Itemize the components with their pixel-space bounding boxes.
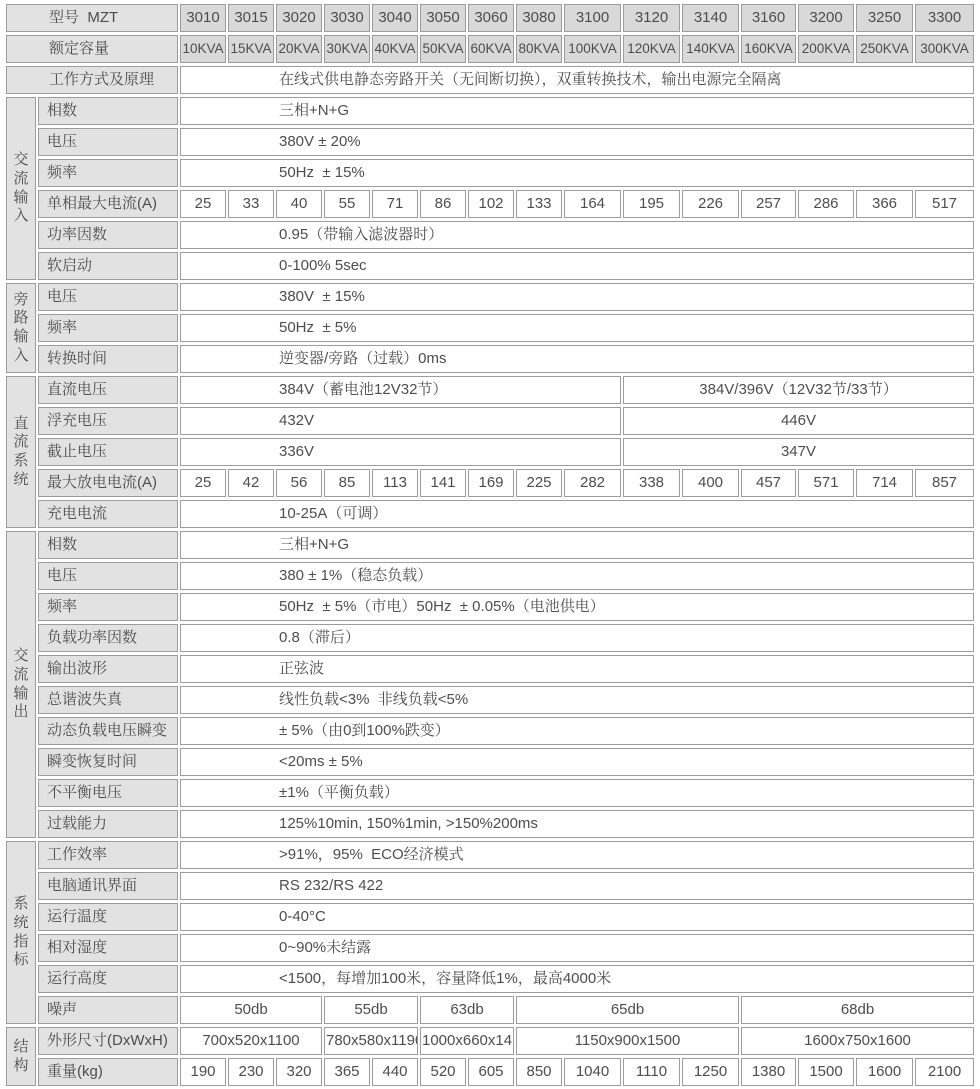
noise-cell: 63db — [420, 996, 514, 1024]
ac-output-phase-row: 交流输出 相数 三相+N+G — [6, 531, 974, 559]
row-label: 负载功率因数 — [38, 624, 178, 652]
row-label: 频率 — [38, 314, 178, 342]
value-cell: 线性负载<3% 非线负载<5% — [180, 686, 974, 714]
capacity-cell: 30KVA — [324, 35, 370, 63]
row-label: 相对湿度 — [38, 934, 178, 962]
value-cell: 42 — [228, 469, 274, 497]
dimension-cell: 700x520x1100 — [180, 1027, 322, 1055]
value-cell: 125%10min, 150%1min, >150%200ms — [180, 810, 974, 838]
ac-output-unbalance-row: 不平衡电压 ±1%（平衡负载） — [6, 779, 974, 807]
row-label: 充电电流 — [38, 500, 178, 528]
row-label: 动态负载电压瞬变 — [38, 717, 178, 745]
weight-cell: 190 — [180, 1058, 226, 1086]
ac-input-soft-start-row: 软启动 0-100% 5sec — [6, 252, 974, 280]
row-label: 频率 — [38, 593, 178, 621]
dc-voltage-row: 直流系统 直流电压 384V（蓄电池12V32节） 384V/396V（12V3… — [6, 376, 974, 404]
structure-weight-row: 重量(kg) 190 230 320 365 440 520 605 850 1… — [6, 1058, 974, 1086]
value-cell-left: 384V（蓄电池12V32节） — [180, 376, 621, 404]
row-label: 外形尺寸(DxWxH) — [38, 1027, 178, 1055]
value-cell: 133 — [516, 190, 562, 218]
model-cell: 3160 — [741, 4, 796, 32]
weight-cell: 2100 — [915, 1058, 974, 1086]
value-cell: 282 — [564, 469, 621, 497]
value-cell: 10-25A（可调） — [180, 500, 974, 528]
value-cell: 50Hz ± 5% — [180, 314, 974, 342]
row-label: 总谐波失真 — [38, 686, 178, 714]
dc-max-discharge-row: 最大放电电流(A) 25 42 56 85 113 141 169 225 28… — [6, 469, 974, 497]
weight-cell: 1250 — [682, 1058, 739, 1086]
noise-cell: 68db — [741, 996, 974, 1024]
dc-cutoff-voltage-row: 截止电压 336V 347V — [6, 438, 974, 466]
value-cell: 0.8（滞后） — [180, 624, 974, 652]
bypass-frequency-row: 频率 50Hz ± 5% — [6, 314, 974, 342]
weight-cell: 1380 — [741, 1058, 796, 1086]
spec-sheet: 型号 MZT 3010 3015 3020 3030 3040 3050 306… — [0, 0, 980, 1089]
ac-input-phase-row: 交流输入 相数 三相+N+G — [6, 97, 974, 125]
row-label: 电压 — [38, 562, 178, 590]
row-label: 直流电压 — [38, 376, 178, 404]
value-cell: RS 232/RS 422 — [180, 872, 974, 900]
capacity-cell: 160KVA — [741, 35, 796, 63]
value-cell: 25 — [180, 469, 226, 497]
mode-row-label: 工作方式及原理 — [6, 66, 178, 94]
value-cell: 457 — [741, 469, 796, 497]
model-cell: 3140 — [682, 4, 739, 32]
value-cell-left: 336V — [180, 438, 621, 466]
weight-cell: 605 — [468, 1058, 514, 1086]
row-label: 运行温度 — [38, 903, 178, 931]
group-sidebar-dc-system: 直流系统 — [6, 376, 36, 528]
value-cell-right: 347V — [623, 438, 974, 466]
dimension-cell: 1600x750x1600 — [741, 1027, 974, 1055]
system-humidity-row: 相对湿度 0~90%未结露 — [6, 934, 974, 962]
capacity-row-label: 额定容量 — [6, 35, 178, 63]
ac-output-overload-row: 过载能力 125%10min, 150%1min, >150%200ms — [6, 810, 974, 838]
value-cell: 50Hz ± 15% — [180, 159, 974, 187]
model-cell: 3030 — [324, 4, 370, 32]
model-cell: 3100 — [564, 4, 621, 32]
row-label: 频率 — [38, 159, 178, 187]
row-label: 电脑通讯界面 — [38, 872, 178, 900]
structure-dimensions-row: 结构 外形尺寸(DxWxH) 700x520x1100 780x580x1190… — [6, 1027, 974, 1055]
value-cell: 169 — [468, 469, 514, 497]
row-label: 工作效率 — [38, 841, 178, 869]
group-sidebar-bypass-input: 旁路输入 — [6, 283, 36, 373]
weight-cell: 850 — [516, 1058, 562, 1086]
model-cell: 3020 — [276, 4, 322, 32]
capacity-cell: 10KVA — [180, 35, 226, 63]
capacity-cell: 120KVA — [623, 35, 680, 63]
value-cell: 三相+N+G — [180, 531, 974, 559]
value-cell: 857 — [915, 469, 974, 497]
value-cell: 714 — [856, 469, 913, 497]
system-altitude-row: 运行高度 <1500，每增加100米，容量降低1%，最高4000米 — [6, 965, 974, 993]
group-sidebar-ac-input: 交流输入 — [6, 97, 36, 280]
model-cell: 3250 — [856, 4, 913, 32]
row-label: 不平衡电压 — [38, 779, 178, 807]
capacity-cell: 250KVA — [856, 35, 913, 63]
model-cell: 3060 — [468, 4, 514, 32]
value-cell: >91%，95% ECO经济模式 — [180, 841, 974, 869]
capacity-cell: 15KVA — [228, 35, 274, 63]
ac-output-voltage-row: 电压 380 ± 1%（稳态负载） — [6, 562, 974, 590]
value-cell: 50Hz ± 5%（市电）50Hz ± 0.05%（电池供电） — [180, 593, 974, 621]
value-cell: 380V ± 15% — [180, 283, 974, 311]
row-label: 相数 — [38, 97, 178, 125]
model-cell: 3120 — [623, 4, 680, 32]
value-cell-right: 384V/396V（12V32节/33节） — [623, 376, 974, 404]
value-cell: 40 — [276, 190, 322, 218]
noise-cell: 50db — [180, 996, 322, 1024]
ac-input-max-current-row: 单相最大电流(A) 25 33 40 55 71 86 102 133 164 … — [6, 190, 974, 218]
value-cell: 0-100% 5sec — [180, 252, 974, 280]
value-cell: 366 — [856, 190, 913, 218]
value-cell: 338 — [623, 469, 680, 497]
value-cell: 25 — [180, 190, 226, 218]
value-cell: 164 — [564, 190, 621, 218]
weight-cell: 520 — [420, 1058, 466, 1086]
ac-input-voltage-row: 电压 380V ± 20% — [6, 128, 974, 156]
row-label: 瞬变恢复时间 — [38, 748, 178, 776]
value-cell: 380 ± 1%（稳态负载） — [180, 562, 974, 590]
capacity-cell: 80KVA — [516, 35, 562, 63]
capacity-cell: 40KVA — [372, 35, 418, 63]
ac-output-waveform-row: 输出波形 正弦波 — [6, 655, 974, 683]
system-noise-row: 噪声 50db 55db 63db 65db 68db — [6, 996, 974, 1024]
model-cell: 3200 — [798, 4, 854, 32]
value-cell: 33 — [228, 190, 274, 218]
value-cell: 380V ± 20% — [180, 128, 974, 156]
capacity-cell: 140KVA — [682, 35, 739, 63]
ac-output-recovery-time-row: 瞬变恢复时间 <20ms ± 5% — [6, 748, 974, 776]
model-cell: 3300 — [915, 4, 974, 32]
model-cell: 3015 — [228, 4, 274, 32]
ac-input-power-factor-row: 功率因数 0.95（带输入滤波器时） — [6, 221, 974, 249]
value-cell-right: 446V — [623, 407, 974, 435]
weight-cell: 1110 — [623, 1058, 680, 1086]
ac-output-load-pf-row: 负载功率因数 0.8（滞后） — [6, 624, 974, 652]
capacity-row: 额定容量 10KVA 15KVA 20KVA 30KVA 40KVA 50KVA… — [6, 35, 974, 63]
value-cell: 141 — [420, 469, 466, 497]
system-interface-row: 电脑通讯界面 RS 232/RS 422 — [6, 872, 974, 900]
value-cell: 571 — [798, 469, 854, 497]
capacity-cell: 60KVA — [468, 35, 514, 63]
ac-output-frequency-row: 频率 50Hz ± 5%（市电）50Hz ± 0.05%（电池供电） — [6, 593, 974, 621]
bypass-transfer-time-row: 转换时间 逆变器/旁路（过载）0ms — [6, 345, 974, 373]
model-cell: 3080 — [516, 4, 562, 32]
model-cell: 3050 — [420, 4, 466, 32]
weight-cell: 1040 — [564, 1058, 621, 1086]
row-label: 电压 — [38, 283, 178, 311]
row-label: 软启动 — [38, 252, 178, 280]
value-cell: 113 — [372, 469, 418, 497]
value-cell: 225 — [516, 469, 562, 497]
row-label: 最大放电电流(A) — [38, 469, 178, 497]
value-cell: 102 — [468, 190, 514, 218]
value-cell: 正弦波 — [180, 655, 974, 683]
group-sidebar-ac-output: 交流输出 — [6, 531, 36, 838]
mode-row-value: 在线式供电静态旁路开关（无间断切换），双重转换技术，输出电源完全隔离 — [180, 66, 974, 94]
value-cell: 0-40°C — [180, 903, 974, 931]
value-cell: 517 — [915, 190, 974, 218]
capacity-cell: 50KVA — [420, 35, 466, 63]
value-cell: 71 — [372, 190, 418, 218]
weight-cell: 320 — [276, 1058, 322, 1086]
row-label: 过载能力 — [38, 810, 178, 838]
row-label: 输出波形 — [38, 655, 178, 683]
dimension-cell: 1150x900x1500 — [516, 1027, 739, 1055]
capacity-cell: 300KVA — [915, 35, 974, 63]
weight-cell: 1500 — [798, 1058, 854, 1086]
value-cell: 286 — [798, 190, 854, 218]
ac-input-frequency-row: 频率 50Hz ± 15% — [6, 159, 974, 187]
value-cell: 257 — [741, 190, 796, 218]
ac-output-dynamic-transient-row: 动态负载电压瞬变 ± 5%（由0到100%跌变） — [6, 717, 974, 745]
row-label: 相数 — [38, 531, 178, 559]
value-cell: <1500，每增加100米，容量降低1%，最高4000米 — [180, 965, 974, 993]
system-temperature-row: 运行温度 0-40°C — [6, 903, 974, 931]
group-sidebar-system: 系统指标 — [6, 841, 36, 1024]
group-sidebar-structure: 结构 — [6, 1027, 36, 1086]
spec-table: 型号 MZT 3010 3015 3020 3030 3040 3050 306… — [4, 1, 976, 1089]
value-cell: 55 — [324, 190, 370, 218]
bypass-voltage-row: 旁路输入 电压 380V ± 15% — [6, 283, 974, 311]
dimension-cell: 780x580x1190 — [324, 1027, 418, 1055]
value-cell: 0~90%未结露 — [180, 934, 974, 962]
value-cell: 86 — [420, 190, 466, 218]
row-label: 截止电压 — [38, 438, 178, 466]
value-cell: 226 — [682, 190, 739, 218]
dc-charge-current-row: 充电电流 10-25A（可调） — [6, 500, 974, 528]
row-label: 重量(kg) — [38, 1058, 178, 1086]
noise-cell: 65db — [516, 996, 739, 1024]
value-cell: 逆变器/旁路（过载）0ms — [180, 345, 974, 373]
model-row: 型号 MZT 3010 3015 3020 3030 3040 3050 306… — [6, 4, 974, 32]
noise-cell: 55db — [324, 996, 418, 1024]
weight-cell: 440 — [372, 1058, 418, 1086]
value-cell: 400 — [682, 469, 739, 497]
capacity-cell: 20KVA — [276, 35, 322, 63]
dimension-cell: 1000x660x1460 — [420, 1027, 514, 1055]
model-row-label: 型号 MZT — [6, 4, 178, 32]
weight-cell: 1600 — [856, 1058, 913, 1086]
value-cell: ±1%（平衡负载） — [180, 779, 974, 807]
weight-cell: 365 — [324, 1058, 370, 1086]
row-label: 转换时间 — [38, 345, 178, 373]
model-cell: 3010 — [180, 4, 226, 32]
row-label: 浮充电压 — [38, 407, 178, 435]
value-cell: 56 — [276, 469, 322, 497]
row-label: 噪声 — [38, 996, 178, 1024]
row-label: 电压 — [38, 128, 178, 156]
mode-row: 工作方式及原理 在线式供电静态旁路开关（无间断切换），双重转换技术，输出电源完全… — [6, 66, 974, 94]
system-efficiency-row: 系统指标 工作效率 >91%，95% ECO经济模式 — [6, 841, 974, 869]
row-label: 功率因数 — [38, 221, 178, 249]
capacity-cell: 200KVA — [798, 35, 854, 63]
ac-output-thd-row: 总谐波失真 线性负载<3% 非线负载<5% — [6, 686, 974, 714]
weight-cell: 230 — [228, 1058, 274, 1086]
model-cell: 3040 — [372, 4, 418, 32]
value-cell: 三相+N+G — [180, 97, 974, 125]
row-label: 单相最大电流(A) — [38, 190, 178, 218]
row-label: 运行高度 — [38, 965, 178, 993]
value-cell: ± 5%（由0到100%跌变） — [180, 717, 974, 745]
value-cell: 0.95（带输入滤波器时） — [180, 221, 974, 249]
value-cell: 195 — [623, 190, 680, 218]
value-cell: 85 — [324, 469, 370, 497]
dc-float-voltage-row: 浮充电压 432V 446V — [6, 407, 974, 435]
value-cell: <20ms ± 5% — [180, 748, 974, 776]
value-cell-left: 432V — [180, 407, 621, 435]
capacity-cell: 100KVA — [564, 35, 621, 63]
